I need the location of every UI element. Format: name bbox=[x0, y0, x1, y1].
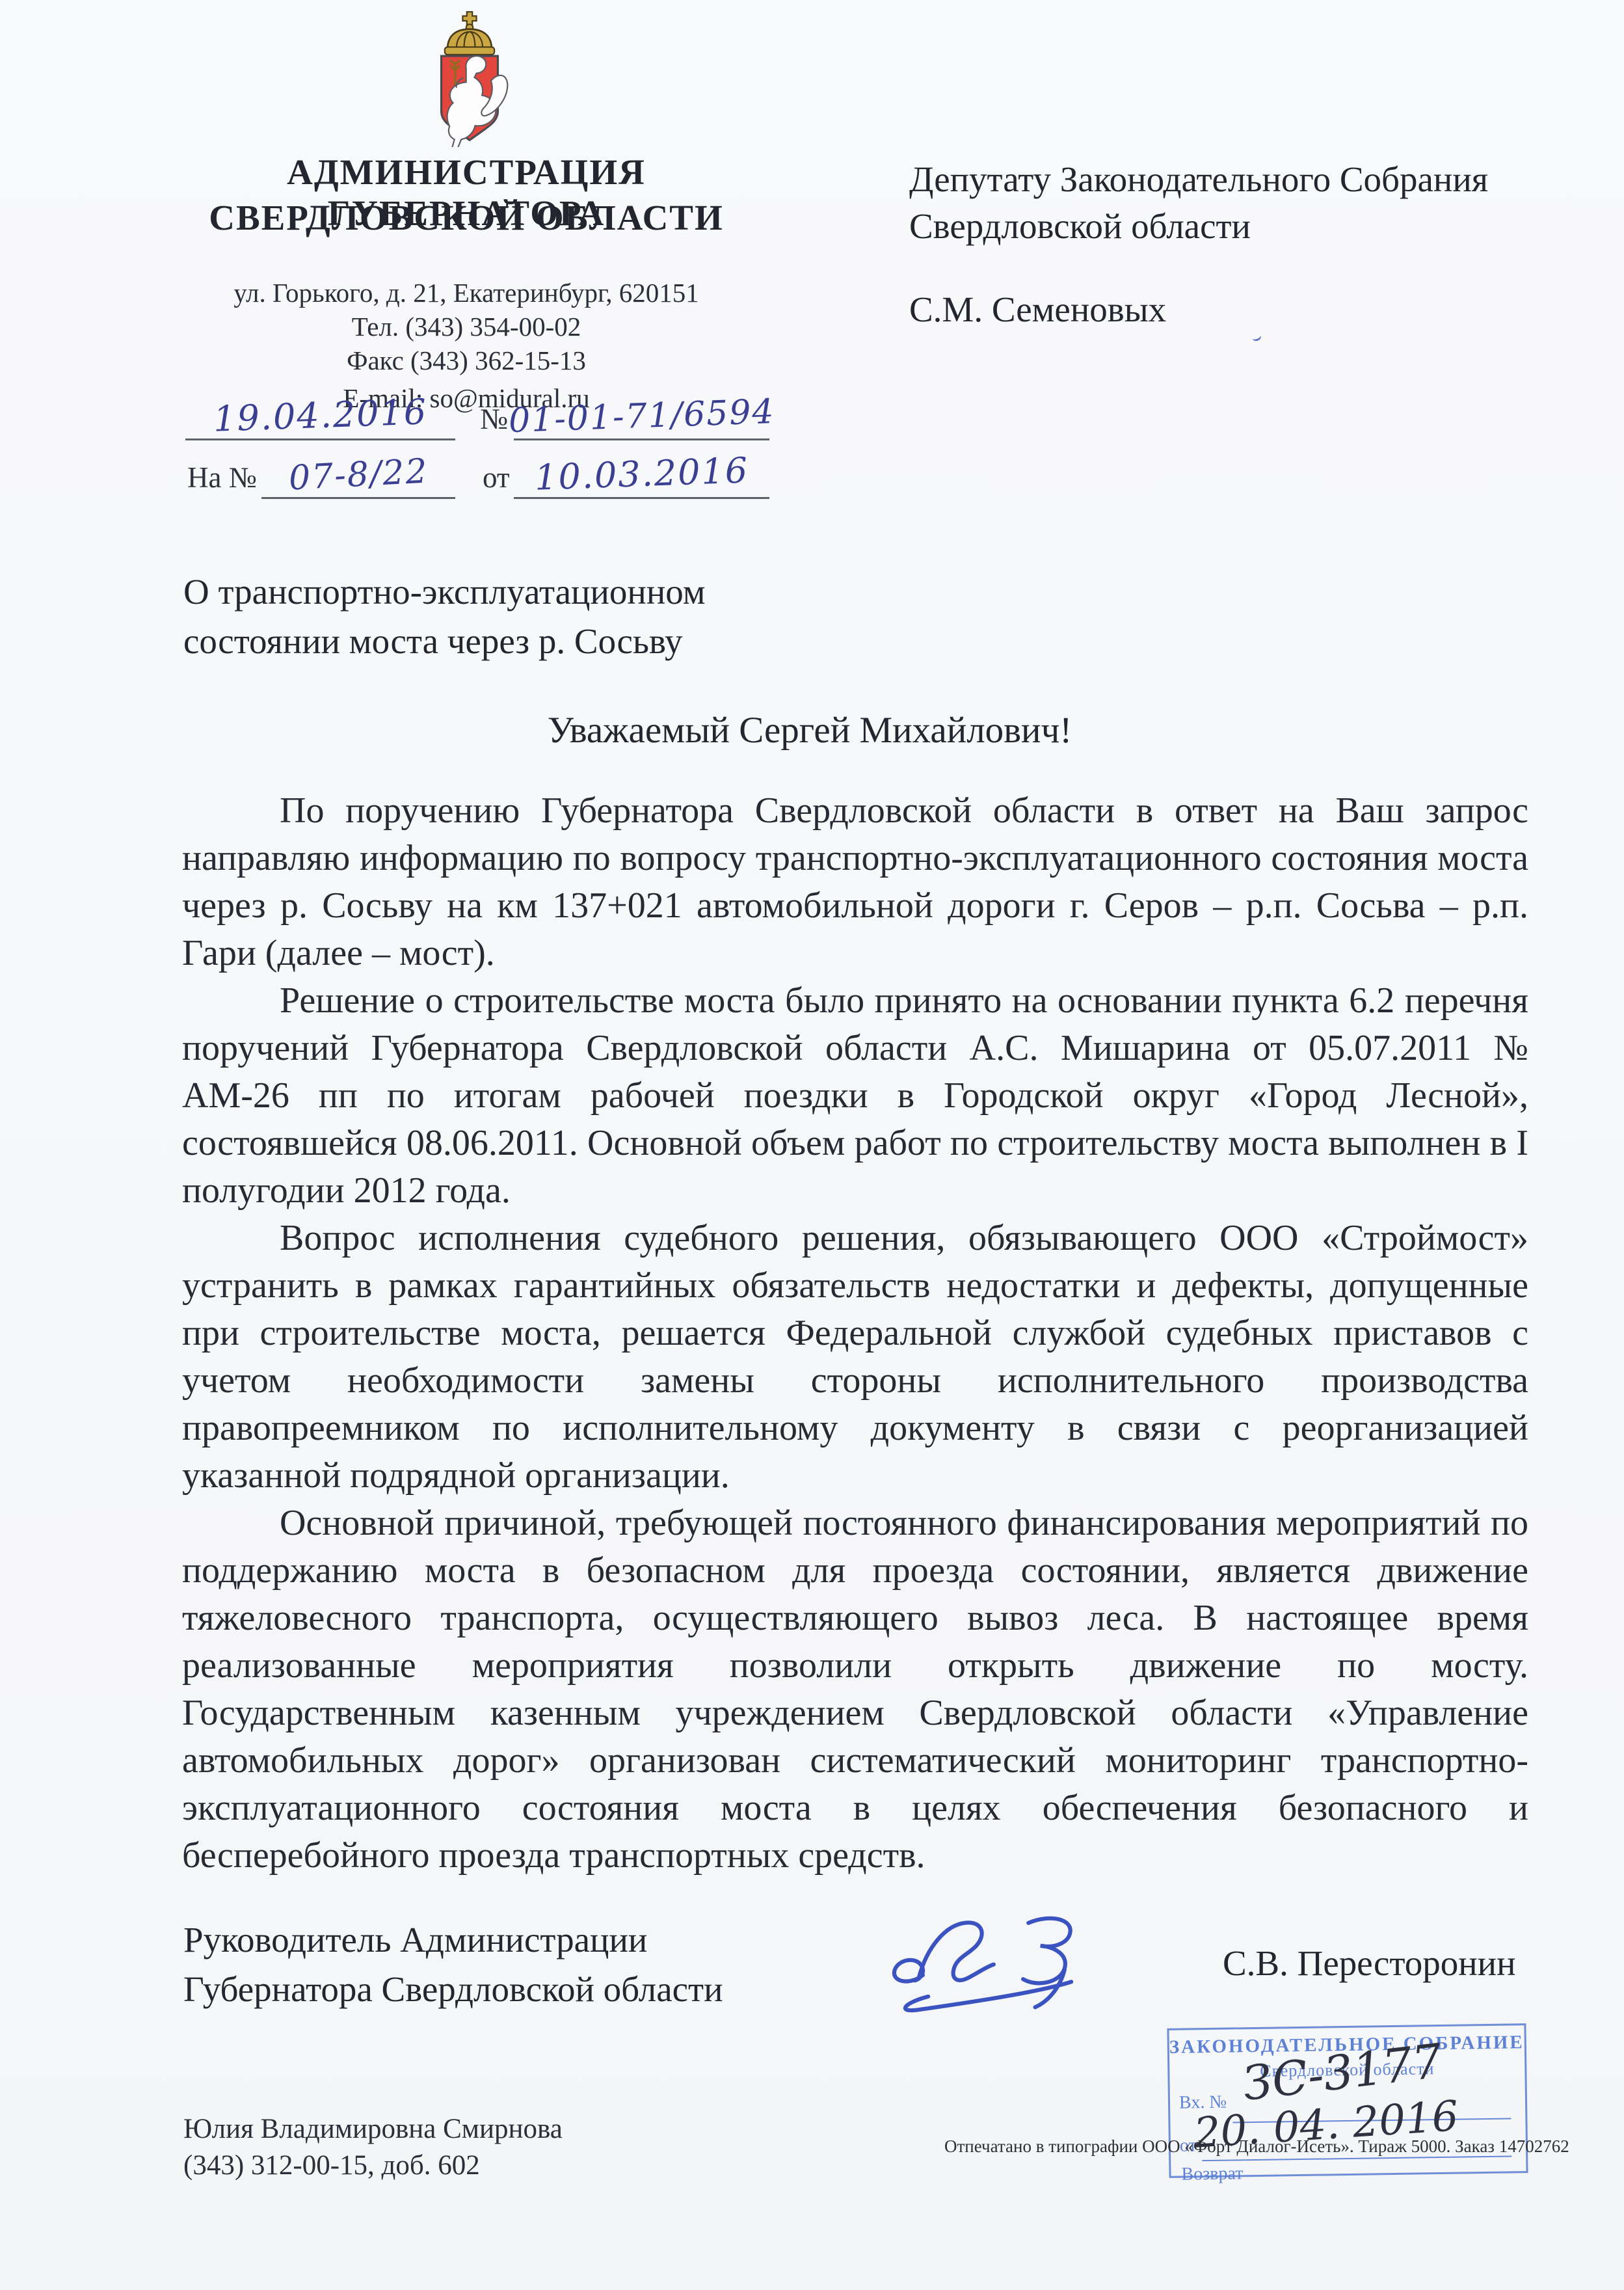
body-paragraph: Решение о строительстве моста было приня… bbox=[182, 977, 1528, 1215]
ink-speck bbox=[1251, 332, 1262, 342]
subject: О транспортно-эксплуатационном состоянии… bbox=[183, 567, 706, 666]
executor-phone: (343) 312-00-15, доб. 602 bbox=[183, 2149, 480, 2181]
salutation: Уважаемый Сергей Михайлович! bbox=[91, 709, 1528, 751]
ref-reply-label: На № bbox=[187, 461, 257, 494]
signature-autograph-icon bbox=[868, 1903, 1174, 2023]
scanned-letter-page: АДМИНИСТРАЦИЯ ГУБЕРНАТОРА СВЕРДЛОВСКОЙ О… bbox=[0, 0, 1624, 2290]
ref-date-value: 19.04.2016 bbox=[213, 391, 428, 439]
ref-reply-date-label: от bbox=[483, 461, 510, 494]
ref-reply-field: 07-8/22 bbox=[261, 453, 455, 499]
ref-number-value: 01-01-71/6594 bbox=[508, 392, 775, 440]
ref-number-field: 01-01-71/6594 bbox=[514, 394, 769, 440]
recipient-line2: Свердловской области bbox=[909, 206, 1251, 247]
signatory-name: С.В. Пересторонин bbox=[1223, 1943, 1516, 1984]
body-paragraph: По поручению Губернатора Свердловской об… bbox=[182, 787, 1528, 977]
ref-reply-date-value: 10.03.2016 bbox=[534, 450, 749, 498]
signature-title: Руководитель Администрации Губернатора С… bbox=[183, 1915, 723, 2014]
letter-body: По поручению Губернатора Свердловской об… bbox=[182, 787, 1528, 1879]
signature-title-line2: Губернатора Свердловской области bbox=[183, 1965, 723, 2014]
ref-date-field: 19.04.2016 bbox=[185, 394, 455, 440]
subject-line1: О транспортно-эксплуатационном bbox=[183, 567, 706, 617]
stamp-bottom-label: Возврат bbox=[1181, 2163, 1243, 2185]
ref-reply-date-field: 10.03.2016 bbox=[514, 453, 769, 499]
org-phone: Тел. (343) 354-00-02 bbox=[170, 310, 762, 343]
ref-reply-value: 07-8/22 bbox=[287, 451, 429, 498]
coat-of-arms-icon bbox=[424, 9, 515, 147]
body-paragraph: Основной причиной, требующей постоянного… bbox=[182, 1500, 1528, 1879]
recipient-name: С.М. Семеновых bbox=[909, 289, 1166, 330]
org-fax: Факс (343) 362-15-13 bbox=[170, 343, 762, 377]
executor-name: Юлия Владимировна Смирнова bbox=[183, 2113, 563, 2145]
subject-line2: состоянии моста через р. Сосьву bbox=[183, 617, 706, 666]
print-info: Отпечатано в типографии ООО «Форт Диалог… bbox=[944, 2136, 1569, 2157]
body-paragraph: Вопрос исполнения судебного решения, обя… bbox=[182, 1215, 1528, 1500]
org-address: ул. Горького, д. 21, Екатеринбург, 62015… bbox=[170, 276, 762, 310]
recipient-line1: Депутату Законодательного Собрания bbox=[909, 159, 1488, 200]
ref-number-label: № bbox=[480, 402, 508, 436]
org-name-line2: СВЕРДЛОВСКОЙ ОБЛАСТИ bbox=[170, 197, 762, 238]
signature-title-line1: Руководитель Администрации bbox=[183, 1915, 723, 1965]
